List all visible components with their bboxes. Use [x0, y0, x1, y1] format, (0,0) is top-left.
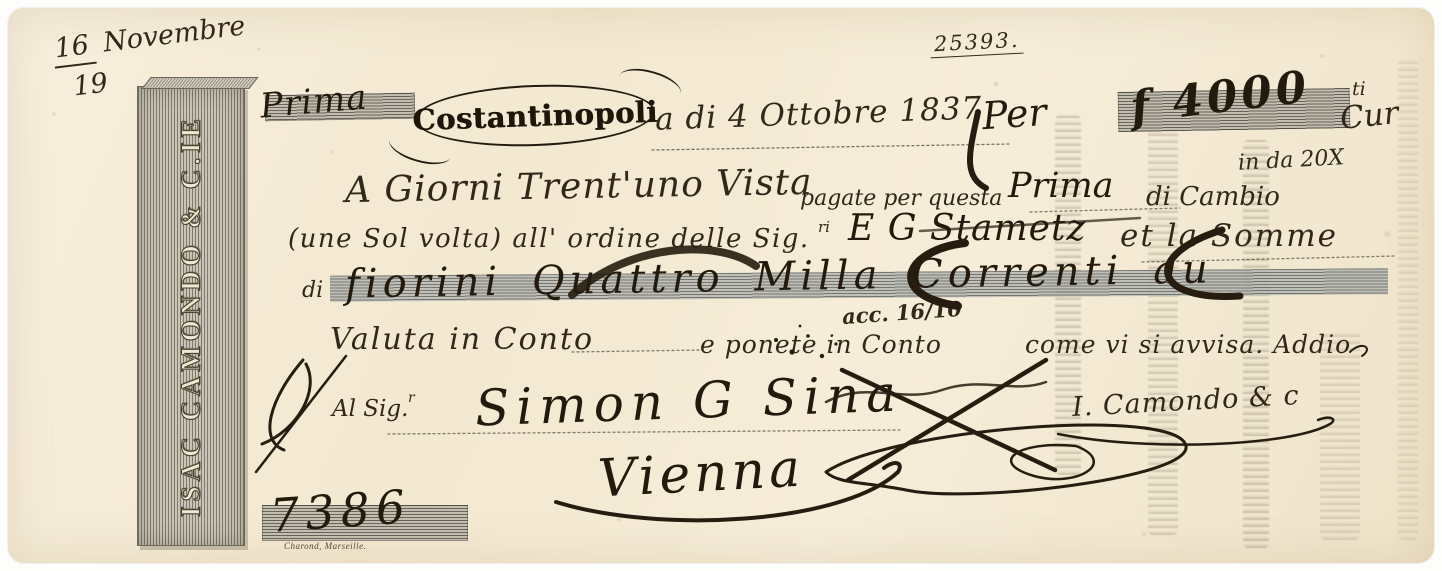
- order-clause: (une Sol volta) all' ordine delle Sig.: [288, 224, 810, 254]
- term-clause: A Giorni Trent'uno Vista: [345, 162, 813, 211]
- drawee-prefix: Al Sig.: [332, 396, 408, 422]
- per-label: Per: [981, 90, 1048, 138]
- copy-word: Prima: [1008, 166, 1114, 206]
- registry-number: 25393.: [929, 28, 1024, 59]
- amount-superscript: ti: [1352, 78, 1366, 100]
- place-name: Costantinopoli: [412, 94, 659, 137]
- payee-name: E G Stametz: [848, 208, 1086, 249]
- amount-currency: Cur: [1338, 95, 1400, 137]
- drawee-superscript: r: [408, 390, 415, 406]
- charge-clause: e ponete in Conto: [700, 330, 942, 359]
- firm-banner: ISAC CAMONDO & C.IE: [137, 86, 245, 546]
- printer-imprint: Charond, Marseille.: [284, 541, 366, 551]
- control-number: 7386: [268, 479, 413, 543]
- bill-of-exchange-scan: ISAC CAMONDO & C.IE 16 Novembre 19 25393…: [0, 0, 1442, 571]
- due-date-day: 16: [51, 29, 97, 69]
- value-clause: Valuta in Conto: [330, 322, 594, 357]
- of-exchange: di Cambio: [1146, 182, 1280, 212]
- order-superscript: ri: [818, 218, 830, 236]
- due-date-alt-day: 19: [72, 67, 110, 102]
- amount-prefix: di: [302, 278, 323, 303]
- firm-banner-text: ISAC CAMONDO & C.IE: [138, 87, 244, 545]
- drawee-city: Vienna: [597, 439, 806, 510]
- advice-clause: come vi si avvisa. Addio: [1025, 330, 1351, 359]
